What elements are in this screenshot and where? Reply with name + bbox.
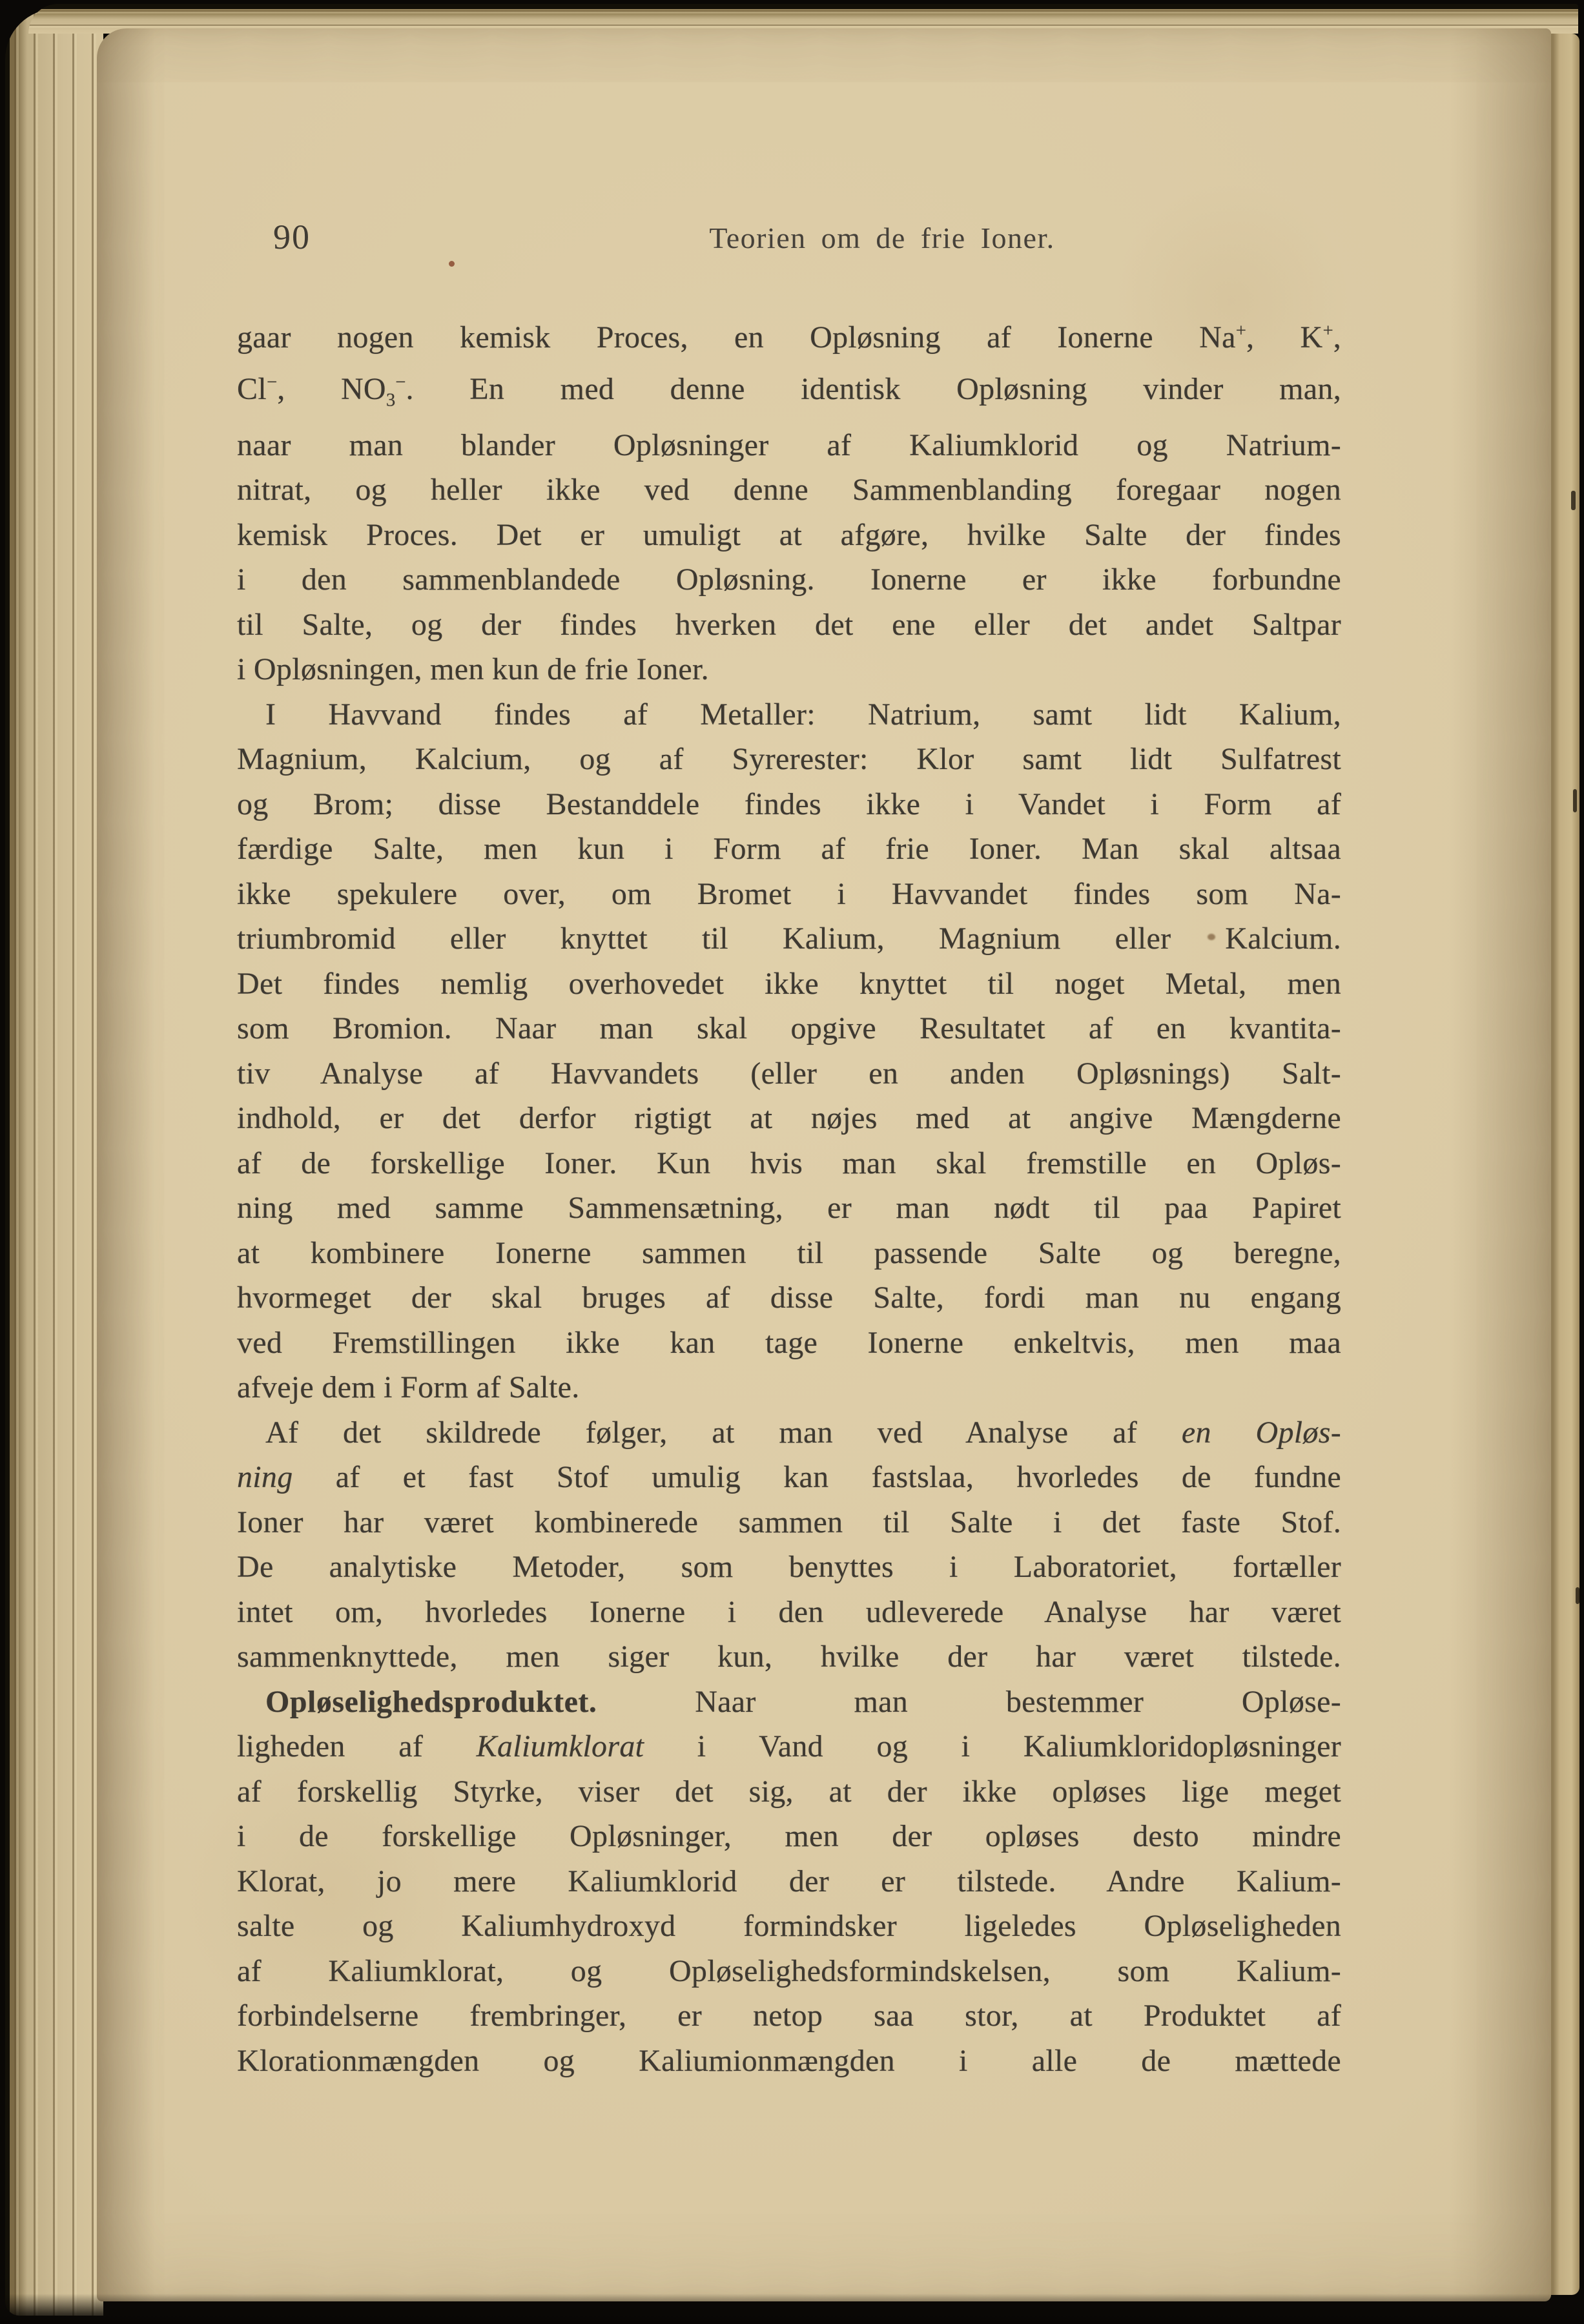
paper-speck — [1208, 934, 1215, 940]
paragraph: gaar nogen kemisk Proces, en Opløsning a… — [237, 309, 1341, 692]
text-segment: sammenknyttede, men siger kun, hvilke de… — [237, 1640, 1341, 1674]
text-segment: i Vand og i Kaliumkloridopløsninger — [644, 1729, 1341, 1764]
text-line: indhold, er det derfor rigtigt at nøjes … — [237, 1096, 1341, 1141]
page-edge-right — [1551, 34, 1579, 2295]
text-segment: indhold, er det derfor rigtigt at nøjes … — [237, 1101, 1341, 1135]
text-segment: . En med denne identisk Opløsning vinder… — [406, 372, 1341, 406]
text-segment: tiv Analyse af Havvandets (eller en ande… — [237, 1056, 1341, 1091]
text-line: afveje dem i Form af Salte. — [237, 1365, 1341, 1410]
text-line: af Kaliumklorat, og Opløselighedsformind… — [237, 1949, 1341, 1994]
text-line: gaar nogen kemisk Proces, en Opløsning a… — [237, 309, 1341, 360]
text-line: i de forskellige Opløsninger, men der op… — [237, 1814, 1341, 1859]
text-line: som Bromion. Naar man skal opgive Result… — [237, 1006, 1341, 1051]
edge-mark — [1573, 789, 1577, 812]
paragraph: I Havvand findes af Metaller: Natrium, s… — [237, 692, 1341, 1410]
text-segment: færdige Salte, men kun i Form af frie Io… — [237, 832, 1341, 866]
text-segment: De analytiske Metoder, som benyttes i La… — [237, 1550, 1341, 1584]
text-segment: til Salte, og der findes hverken det ene… — [237, 608, 1341, 642]
text-segment-sub: 3 — [386, 389, 395, 410]
text-segment-sup: − — [267, 372, 277, 393]
text-line: hvormeget der skal bruges af disse Salte… — [237, 1275, 1341, 1321]
text-line: De analytiske Metoder, som benyttes i La… — [237, 1545, 1341, 1590]
edge-mark — [1576, 1587, 1579, 1604]
text-line: af de forskellige Ioner. Kun hvis man sk… — [237, 1141, 1341, 1186]
paper-speck — [449, 261, 455, 267]
text-segment: af forskellig Styrke, viser det sig, at … — [237, 1774, 1341, 1809]
text-segment: kemisk Proces. Det er umuligt at afgøre,… — [237, 518, 1341, 552]
page-header: 90 Teorien om de frie Ioner. — [237, 216, 1341, 258]
text-segment: intet om, hvorledes Ionerne i den udleve… — [237, 1595, 1341, 1629]
text-line: Cl−, NO3−. En med denne identisk Opløsni… — [237, 360, 1341, 423]
text-segment: ning med samme Sammensætning, er man nød… — [237, 1191, 1341, 1225]
book-page: 90 Teorien om de frie Ioner. gaar nogen … — [97, 28, 1551, 2301]
text-line: at kombinere Ionerne sammen til passende… — [237, 1231, 1341, 1276]
paragraph: Af det skildrede følger, at man ved Anal… — [237, 1410, 1341, 1680]
text-line: af forskellig Styrke, viser det sig, at … — [237, 1769, 1341, 1815]
text-segment: ved Fremstillingen ikke kan tage Ionerne… — [237, 1326, 1341, 1360]
text-segment: af Kaliumklorat, og Opløselighedsformind… — [237, 1954, 1341, 1988]
text-line: Klorationmængden og Kaliumionmængden i a… — [237, 2039, 1341, 2084]
text-segment-i: Kaliumklorat — [477, 1729, 644, 1764]
edge-mark — [1571, 491, 1576, 510]
text-line: og Brom; disse Bestanddele findes ikke i… — [237, 782, 1341, 827]
text-segment-sup: + — [1236, 320, 1246, 341]
text-line: naar man blander Opløsninger af Kaliumkl… — [237, 423, 1341, 468]
text-segment: Det findes nemlig overhovedet ikke knytt… — [237, 967, 1341, 1001]
text-line: til Salte, og der findes hverken det ene… — [237, 602, 1341, 648]
text-line: ved Fremstillingen ikke kan tage Ionerne… — [237, 1321, 1341, 1366]
text-line: salte og Kaliumhydroxyd formindsker lige… — [237, 1904, 1341, 1949]
text-line: i Opløsningen, men kun de frie Ioner. — [237, 647, 1341, 692]
text-segment: i de forskellige Opløsninger, men der op… — [237, 1819, 1341, 1853]
text-segment: I Havvand findes af Metaller: Natrium, s… — [265, 697, 1341, 732]
running-title: Teorien om de frie Ioner. — [237, 221, 1341, 255]
text-segment: Af det skildrede følger, at man ved Anal… — [265, 1415, 1182, 1450]
text-segment: salte og Kaliumhydroxyd formindsker lige… — [237, 1909, 1341, 1943]
text-segment-b: Opløselighedsproduktet. — [265, 1685, 597, 1719]
text-line: ligheden af Kaliumklorat i Vand og i Kal… — [237, 1724, 1341, 1769]
text-segment: som Bromion. Naar man skal opgive Result… — [237, 1011, 1341, 1045]
text-segment: i den sammenblandede Opløsning. Ionerne … — [237, 562, 1341, 597]
text-line: ning af et fast Stof umulig kan fastslaa… — [237, 1455, 1341, 1500]
text-line: ikke spekulere over, om Bromet i Havvand… — [237, 872, 1341, 917]
text-segment: Magnium, Kalcium, og af Syrerester: Klor… — [237, 742, 1341, 776]
text-segment: i Opløsningen, men kun de frie Ioner. — [237, 652, 709, 686]
text-line: Det findes nemlig overhovedet ikke knytt… — [237, 961, 1341, 1007]
text-segment: , K — [1246, 320, 1323, 355]
text-segment: Cl — [237, 372, 267, 406]
text-segment: ikke spekulere over, om Bromet i Havvand… — [237, 877, 1341, 911]
text-line: triumbromid eller knyttet til Kalium, Ma… — [237, 916, 1341, 961]
text-segment: at kombinere Ionerne sammen til passende… — [237, 1236, 1341, 1270]
text-segment: , NO — [277, 372, 386, 406]
text-line: færdige Salte, men kun i Form af frie Io… — [237, 827, 1341, 872]
text-segment: triumbromid eller knyttet til Kalium, Ma… — [237, 921, 1341, 956]
text-segment: Ioner har været kombinerede sammen til S… — [237, 1505, 1341, 1539]
text-segment: Naar man bestemmer Opløse- — [597, 1685, 1341, 1719]
text-segment: af et fast Stof umulig kan fastslaa, hvo… — [293, 1460, 1341, 1494]
text-line: I Havvand findes af Metaller: Natrium, s… — [237, 692, 1341, 737]
text-line: i den sammenblandede Opløsning. Ionerne … — [237, 557, 1341, 602]
text-segment: gaar nogen kemisk Proces, en Opløsning a… — [237, 320, 1199, 355]
text-segment-sup: − — [395, 372, 406, 393]
text-segment: og Brom; disse Bestanddele findes ikke i… — [237, 787, 1341, 821]
text-line: kemisk Proces. Det er umuligt at afgøre,… — [237, 513, 1341, 558]
text-segment: hvormeget der skal bruges af disse Salte… — [237, 1280, 1341, 1315]
bottom-shadow — [0, 2294, 1584, 2324]
text-line: tiv Analyse af Havvandets (eller en ande… — [237, 1051, 1341, 1096]
text-segment: Na — [1199, 320, 1236, 355]
paragraph: Opløselighedsproduktet. Naar man bestemm… — [237, 1680, 1341, 2084]
text-line: Opløselighedsproduktet. Naar man bestemm… — [237, 1680, 1341, 1725]
text-block: gaar nogen kemisk Proces, en Opløsning a… — [237, 309, 1341, 2083]
text-segment: forbindelserne frembringer, er netop saa… — [237, 1999, 1341, 2033]
book-scan: 90 Teorien om de frie Ioner. gaar nogen … — [0, 0, 1584, 2324]
text-segment: nitrat, og heller ikke ved denne Sammenb… — [237, 473, 1341, 507]
text-line: nitrat, og heller ikke ved denne Sammenb… — [237, 468, 1341, 513]
text-segment: af de forskellige Ioner. Kun hvis man sk… — [237, 1146, 1341, 1180]
text-line: sammenknyttede, men siger kun, hvilke de… — [237, 1634, 1341, 1680]
text-line: Klorat, jo mere Kaliumklorid der er tils… — [237, 1859, 1341, 1904]
text-line: ning med samme Sammensætning, er man nød… — [237, 1186, 1341, 1231]
page-stack-left-edges — [5, 9, 103, 2316]
text-segment-sup: + — [1322, 320, 1333, 341]
text-segment: naar man blander Opløsninger af Kaliumkl… — [237, 428, 1341, 462]
text-line: forbindelserne frembringer, er netop saa… — [237, 1993, 1341, 2039]
text-segment-i: ning — [237, 1460, 293, 1494]
text-line: Ioner har været kombinerede sammen til S… — [237, 1500, 1341, 1545]
text-line: Af det skildrede følger, at man ved Anal… — [237, 1410, 1341, 1455]
text-line: Magnium, Kalcium, og af Syrerester: Klor… — [237, 737, 1341, 782]
text-segment: afveje dem i Form af Salte. — [237, 1370, 580, 1404]
text-segment-i: en Opløs- — [1182, 1415, 1341, 1450]
text-segment: Klorat, jo mere Kaliumklorid der er tils… — [237, 1864, 1341, 1898]
text-segment: ligheden af — [237, 1729, 477, 1764]
text-segment: Klorationmængden og Kaliumionmængden i a… — [237, 2044, 1341, 2078]
text-line: intet om, hvorledes Ionerne i den udleve… — [237, 1590, 1341, 1635]
text-segment: , — [1333, 320, 1341, 355]
